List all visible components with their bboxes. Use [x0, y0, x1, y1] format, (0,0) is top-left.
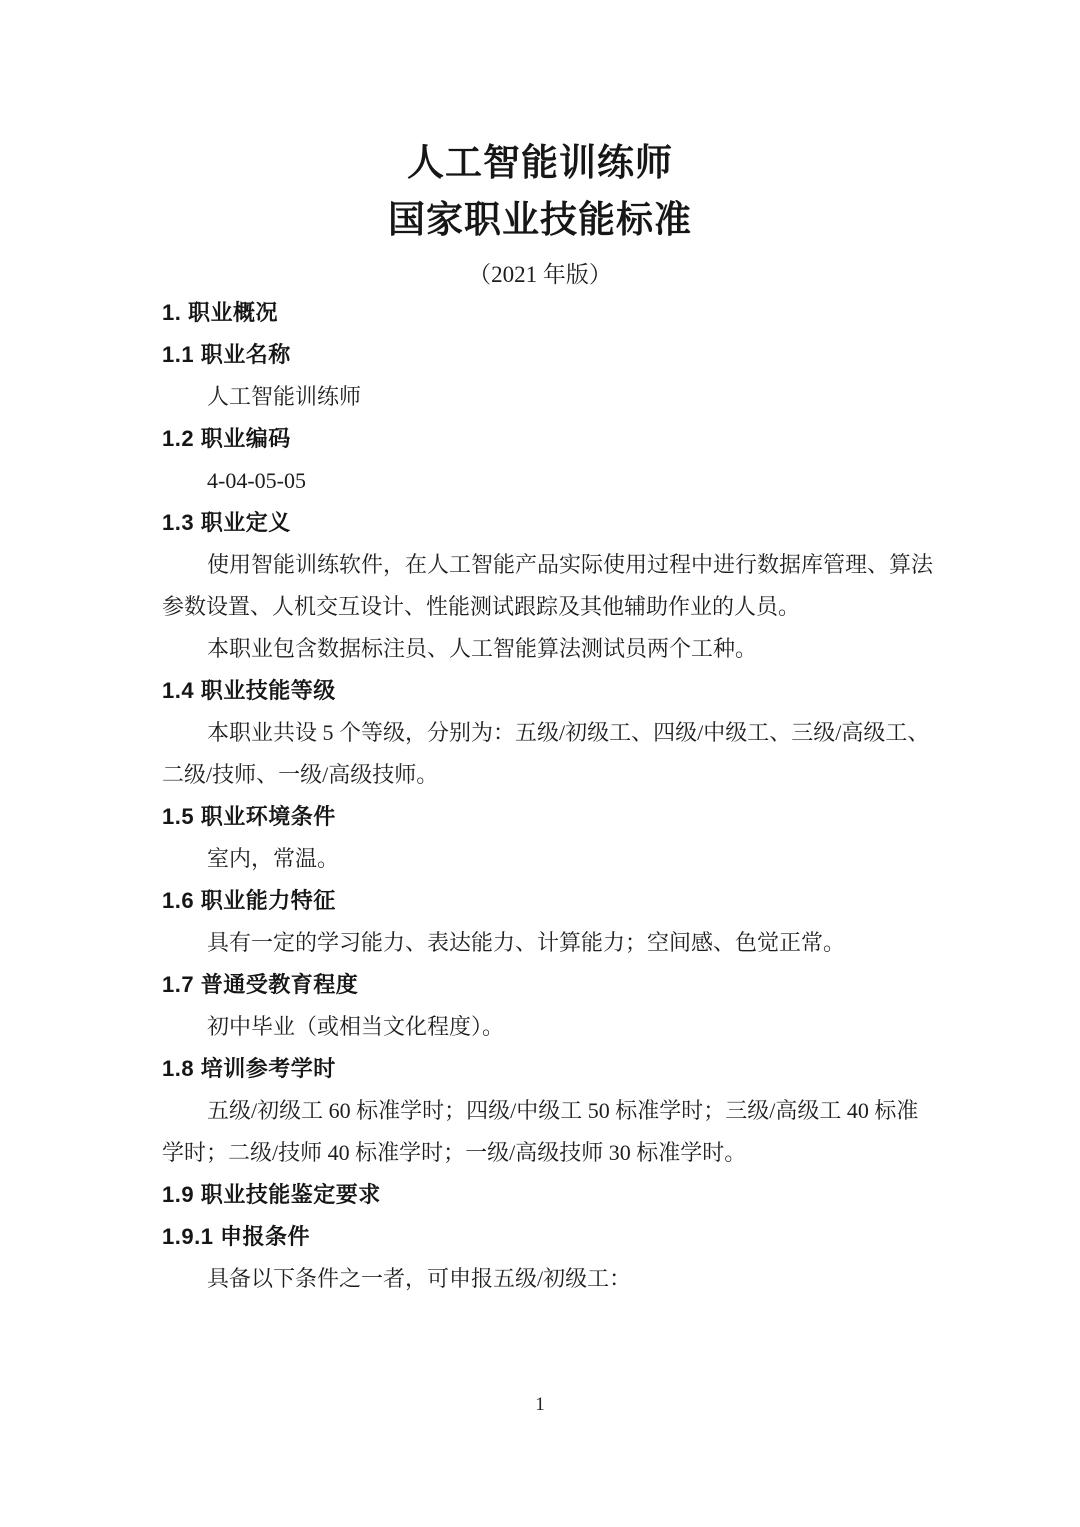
heading-1-2-occupation-code: 1.2 职业编码 [162, 418, 1040, 460]
title-block: 人工智能训练师 国家职业技能标准 （2021 年版） [0, 134, 1080, 298]
body-application-conditions: 具备以下条件之一者，可申报五级/初级工： [162, 1258, 1040, 1300]
body-environment: 室内，常温。 [162, 838, 1040, 880]
body-occupation-code: 4-04-05-05 [162, 460, 1040, 502]
body-ability-traits: 具有一定的学习能力、表达能力、计算能力；空间感、色觉正常。 [162, 922, 1040, 964]
body-education-level: 初中毕业（或相当文化程度）。 [162, 1006, 1040, 1048]
heading-1-1-occupation-name: 1.1 职业名称 [162, 334, 1040, 376]
body-training-hours-line2: 学时；二级/技师 40 标准学时；一级/高级技师 30 标准学时。 [162, 1132, 1040, 1174]
doc-title-line1: 人工智能训练师 [0, 134, 1080, 191]
body-skill-levels-line2: 二级/技师、一级/高级技师。 [162, 754, 1040, 796]
heading-1-5-environment: 1.5 职业环境条件 [162, 796, 1040, 838]
body-skill-levels-line1: 本职业共设 5 个等级，分别为：五级/初级工、四级/中级工、三级/高级工、 [162, 712, 1040, 754]
heading-1-6-ability-traits: 1.6 职业能力特征 [162, 880, 1040, 922]
heading-1-9-1-application-conditions: 1.9.1 申报条件 [162, 1216, 1040, 1258]
body-training-hours-line1: 五级/初级工 60 标准学时；四级/中级工 50 标准学时；三级/高级工 40 … [162, 1090, 1040, 1132]
body-occupation-name: 人工智能训练师 [162, 376, 1040, 418]
heading-1-7-education-level: 1.7 普通受教育程度 [162, 964, 1040, 1006]
heading-1-9-appraisal-requirements: 1.9 职业技能鉴定要求 [162, 1174, 1040, 1216]
body-definition-line1: 使用智能训练软件，在人工智能产品实际使用过程中进行数据库管理、算法 [162, 544, 1040, 586]
heading-1-4-skill-levels: 1.4 职业技能等级 [162, 670, 1040, 712]
document-page: 人工智能训练师 国家职业技能标准 （2021 年版） 1. 职业概况 1.1 职… [0, 0, 1080, 1527]
document-body: 1. 职业概况 1.1 职业名称 人工智能训练师 1.2 职业编码 4-04-0… [162, 292, 1040, 1300]
doc-title-line2: 国家职业技能标准 [0, 191, 1080, 248]
body-definition-line3: 本职业包含数据标注员、人工智能算法测试员两个工种。 [162, 628, 1040, 670]
heading-1-occupation-overview: 1. 职业概况 [162, 292, 1040, 334]
heading-1-8-training-hours: 1.8 培训参考学时 [162, 1048, 1040, 1090]
body-definition-line2: 参数设置、人机交互设计、性能测试跟踪及其他辅助作业的人员。 [162, 586, 1040, 628]
heading-1-3-occupation-definition: 1.3 职业定义 [162, 502, 1040, 544]
page-number: 1 [0, 1394, 1080, 1416]
